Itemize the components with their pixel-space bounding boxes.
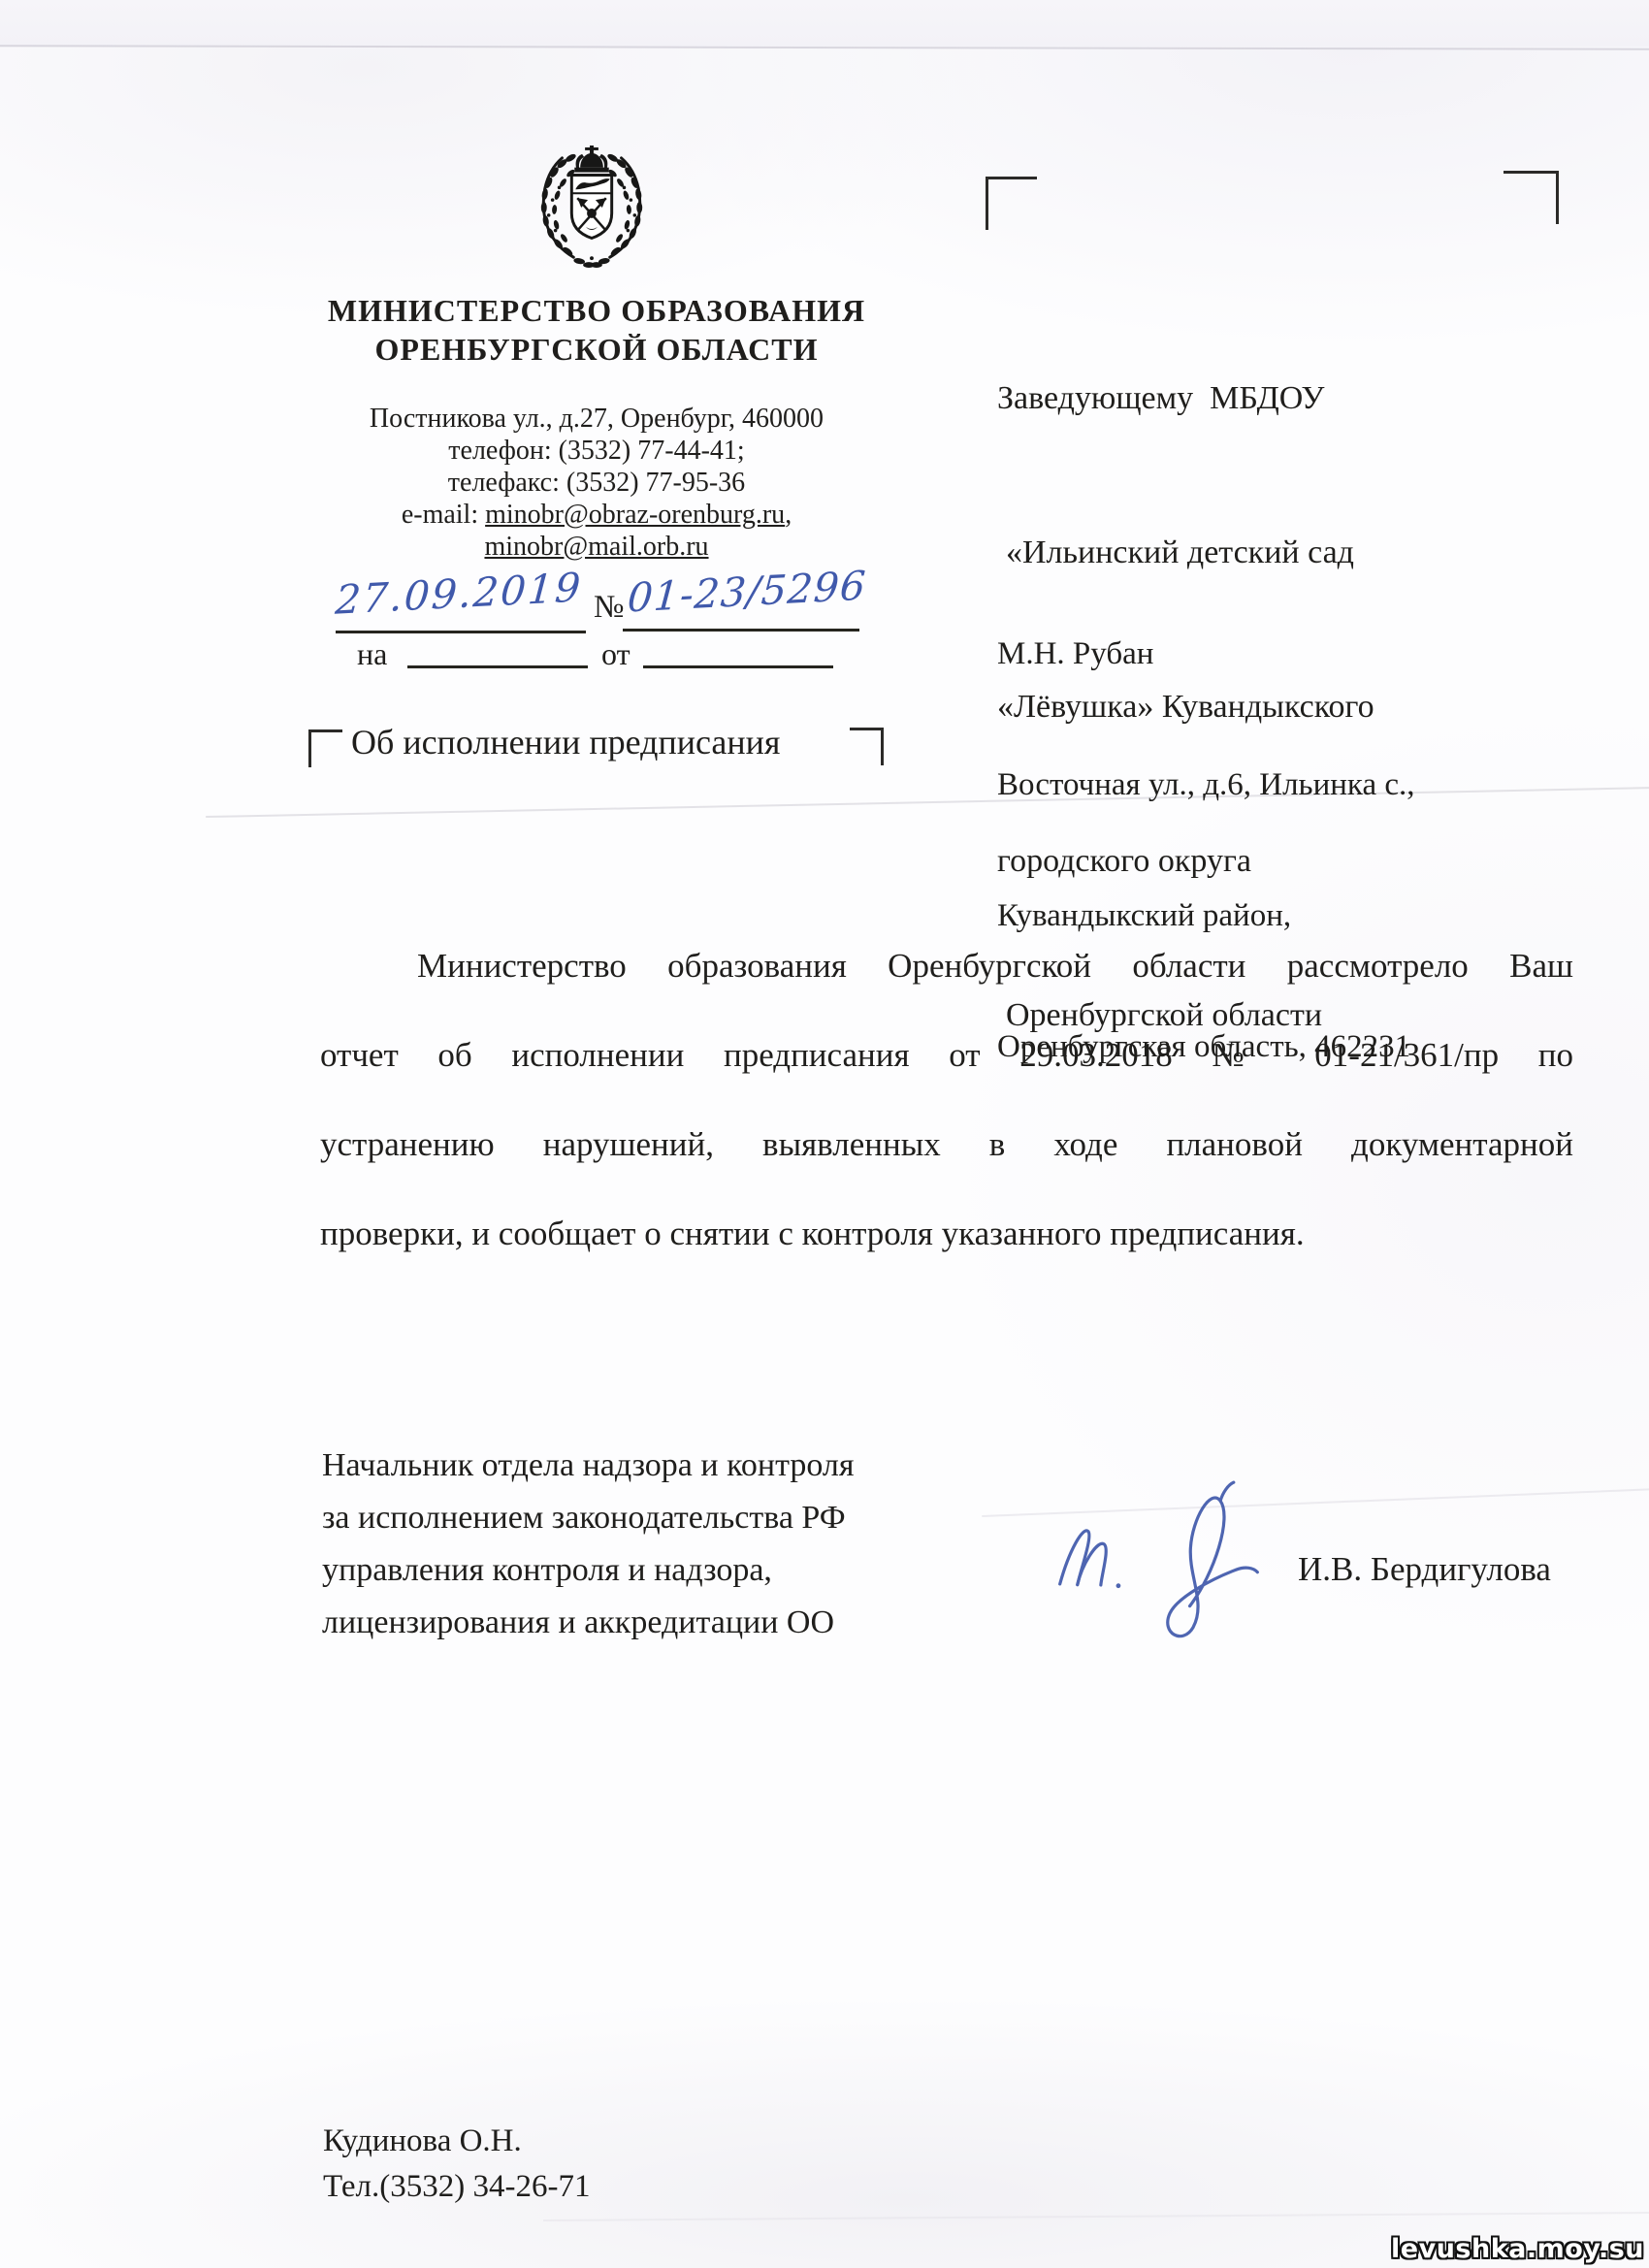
body-line: устранению нарушений, выявленных в ходе … — [320, 1100, 1573, 1189]
sender-email-primary: minobr@obraz-orenburg.ru — [485, 500, 785, 530]
executor-contact-block: Кудинова О.Н. Тел.(3532) 34-26-71 — [323, 2119, 590, 2210]
reply-from-label: от — [601, 636, 630, 672]
subject-corner-mark-right — [850, 728, 884, 765]
reply-to-underline — [407, 665, 588, 668]
recipient-line: Заведующему МБДОУ — [997, 373, 1579, 424]
signer-position-line: за исполнением законодательства РФ — [322, 1492, 962, 1544]
torn-paper-top-band — [0, 0, 1649, 47]
reply-from-underline — [643, 665, 833, 668]
sender-ministry-name: МИНИСТЕРСТВО ОБРАЗОВАНИЯ ОРЕНБУРГСКОЙ ОБ… — [223, 291, 970, 369]
reply-to-label: на — [357, 636, 387, 672]
orenburg-coat-of-arms-icon — [530, 142, 654, 274]
sender-email-line1: e-mail: minobr@obraz-orenburg.ru, — [223, 499, 970, 531]
recipient-person-name: М.Н. Рубан — [997, 632, 1618, 676]
signer-position-block: Начальник отдела надзора и контроля за и… — [322, 1440, 962, 1649]
handwritten-outgoing-date: 27.09.2019 — [325, 564, 594, 625]
body-line: проверки, и сообщает о снятии с контроля… — [320, 1189, 1573, 1279]
signer-name: И.В. Бердигулова — [1298, 1550, 1551, 1589]
email-separator: , — [785, 500, 792, 530]
scanned-letter-page: МИНИСТЕРСТВО ОБРАЗОВАНИЯ ОРЕНБУРГСКОЙ ОБ… — [0, 0, 1649, 2268]
handwritten-outgoing-number: 01-23/5296 — [619, 562, 874, 622]
number-underline — [623, 629, 859, 632]
subject-corner-mark-left — [308, 729, 342, 767]
letter-body: Министерство образования Оренбургской об… — [320, 922, 1573, 1279]
ministry-name-line2: ОРЕНБУРГСКОЙ ОБЛАСТИ — [223, 330, 970, 369]
paper-crease — [543, 2212, 1649, 2221]
executor-phone: Тел.(3532) 34-26-71 — [323, 2164, 590, 2210]
recipient-corner-mark-left — [986, 177, 1037, 230]
signer-position-line: лицензирования и аккредитации ОО — [322, 1597, 962, 1649]
signer-position-line: Начальник отдела надзора и контроля — [322, 1440, 962, 1492]
sender-contact-block: Постникова ул., д.27, Оренбург, 460000 т… — [223, 403, 970, 563]
sender-email-line2: minobr@mail.orb.ru — [223, 531, 970, 563]
site-watermark: levushka.moy.su — [1391, 2234, 1644, 2264]
date-underline — [336, 631, 586, 633]
signer-position-line: управления контроля и надзора, — [322, 1544, 962, 1597]
sender-email-secondary: minobr@mail.orb.ru — [484, 532, 708, 562]
ministry-name-line1: МИНИСТЕРСТВО ОБРАЗОВАНИЯ — [223, 291, 970, 330]
letter-subject: Об исполнении предписания — [351, 722, 780, 762]
sender-fax: телефакс: (3532) 77-95-36 — [223, 467, 970, 499]
recipient-corner-mark-right — [1503, 171, 1559, 224]
email-label: e-mail: — [402, 500, 485, 530]
recipient-address-line: Восточная ул., д.6, Ильинка с., — [997, 763, 1618, 807]
executor-name: Кудинова О.Н. — [323, 2119, 590, 2164]
sender-phone: телефон: (3532) 77-44-41; — [223, 435, 970, 467]
sender-address: Постникова ул., д.27, Оренбург, 460000 — [223, 403, 970, 435]
handwritten-signature — [1043, 1460, 1295, 1659]
body-line: отчет об исполнении предписания от 29.03… — [320, 1011, 1573, 1100]
body-line: Министерство образования Оренбургской об… — [320, 922, 1573, 1011]
